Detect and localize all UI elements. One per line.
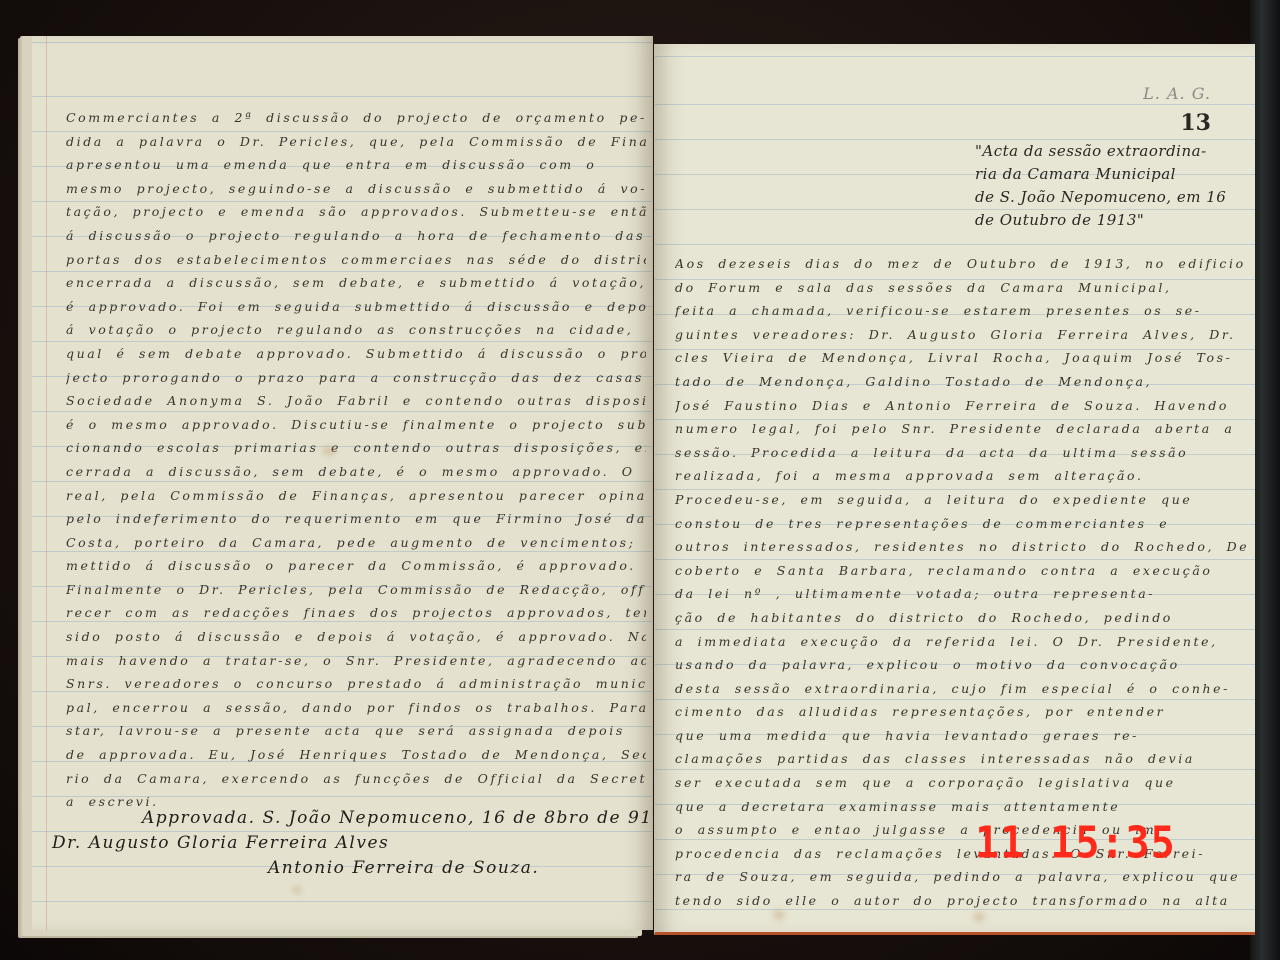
text-line: ser executada sem que a corporação legis… — [675, 771, 1247, 795]
text-line: Finalmente o Dr. Pericles, pela Commissã… — [66, 578, 646, 602]
text-line: cerrada a discussão, sem debate, é o mes… — [66, 460, 646, 484]
text-line: guintes vereadores: Dr. Augusto Gloria F… — [675, 323, 1247, 347]
text-line: usando da palavra, explicou o motivo da … — [675, 653, 1247, 677]
right-page-text: Aos dezeseis dias do mez de Outubro de 1… — [675, 252, 1247, 913]
text-line: é o mesmo approvado. Discutiu-se finalme… — [66, 413, 646, 437]
text-line: jecto prorogando o prazo para a construc… — [66, 366, 646, 390]
text-line: qual é sem debate approvado. Submettido … — [66, 342, 646, 366]
text-line: á votação o projecto regulando as constr… — [66, 318, 646, 342]
text-line: tado de Mendonça, Galdino Tostado de Men… — [675, 370, 1247, 394]
text-line: é approvado. Foi em seguida submettido á… — [66, 295, 646, 319]
text-line: sido posto á discussão e depois á votaçã… — [66, 625, 646, 649]
text-line: cimento das alludidas representações, po… — [675, 700, 1247, 724]
text-line: mesmo projecto, seguindo-se a discussão … — [66, 177, 646, 201]
text-line: tendo sido elle o autor do projecto tran… — [675, 889, 1247, 913]
text-line: mettido á discussão o parecer da Commiss… — [66, 554, 646, 578]
paper-stain — [292, 886, 302, 894]
title-line: ria da Camara Municipal — [975, 163, 1237, 186]
text-line: outros interessados, residentes no distr… — [675, 535, 1247, 559]
pencil-annotation: L. A. G. — [1143, 84, 1211, 103]
right-page: L. A. G. 13 "Acta da sessão extraordina-… — [654, 44, 1255, 935]
text-line: clamações partidas das classes interessa… — [675, 747, 1247, 771]
text-line: Costa, porteiro da Camara, pede augmento… — [66, 531, 646, 555]
text-line: realizada, foi a mesma approvada sem alt… — [675, 464, 1247, 488]
text-line: coberto e Santa Barbara, reclamando cont… — [675, 559, 1247, 583]
text-line: desta sessão extraordinaria, cujo fim es… — [675, 677, 1247, 701]
paper-stain — [773, 910, 785, 920]
text-line: Sociedade Anonyma S. João Fabril e conte… — [66, 389, 646, 413]
text-line: que uma medida que havia levantado gerae… — [675, 724, 1247, 748]
text-line: ção de habitantes do districto do Roched… — [675, 606, 1247, 630]
text-line: cles Vieira de Mendonça, Livral Rocha, J… — [675, 346, 1247, 370]
folio-number: 13 — [1180, 110, 1211, 136]
secretary-signature: Antonio Ferreira de Souza. — [268, 858, 539, 878]
text-line: apresentou uma emenda que entra em discu… — [66, 153, 646, 177]
text-line: cionando escolas primarias e contendo ou… — [66, 436, 646, 460]
camera-timestamp-overlay: 11 15:35 — [975, 818, 1176, 869]
text-line: de approvada. Eu, José Henriques Tostado… — [66, 743, 646, 767]
text-line: Commerciantes a 2ª discussão do projecto… — [66, 106, 646, 130]
title-line: "Acta da sessão extraordina- — [975, 140, 1237, 163]
president-signature: Dr. Augusto Gloria Ferreira Alves — [52, 833, 389, 853]
minutes-title: "Acta da sessão extraordina- ria da Cama… — [975, 140, 1237, 232]
text-line: Aos dezeseis dias do mez de Outubro de 1… — [675, 252, 1247, 276]
left-page: Commerciantes a 2ª discussão do projecto… — [32, 36, 653, 930]
open-ledger-book: Commerciantes a 2ª discussão do projecto… — [22, 32, 1254, 934]
text-line: recer com as redacções finaes dos projec… — [66, 601, 646, 625]
text-line: portas dos estabelecimentos commerciaes … — [66, 248, 646, 272]
left-page-text: Commerciantes a 2ª discussão do projecto… — [66, 106, 646, 814]
margin-rule — [46, 36, 47, 930]
text-line: encerrada a discussão, sem debate, e sub… — [66, 271, 646, 295]
text-line: Procedeu-se, em seguida, a leitura do ex… — [675, 488, 1247, 512]
text-line: ra de Souza, em seguida, pedindo a palav… — [675, 865, 1247, 889]
text-line: pal, encerrou a sessão, dando por findos… — [66, 696, 646, 720]
text-line: mais havendo a tratar-se, o Snr. Preside… — [66, 649, 646, 673]
text-line: pelo indeferimento do requerimento em qu… — [66, 507, 646, 531]
text-line: constou de tres representações de commer… — [675, 512, 1247, 536]
text-line: feita a chamada, verificou-se estarem pr… — [675, 299, 1247, 323]
text-line: numero legal, foi pelo Snr. Presidente d… — [675, 417, 1247, 441]
text-line: á discussão o projecto regulando a hora … — [66, 224, 646, 248]
text-line: real, pela Commissão de Finanças, aprese… — [66, 484, 646, 508]
paper-stain — [322, 446, 336, 456]
approval-line: Approvada. S. João Nepomuceno, 16 de 8br… — [142, 808, 665, 828]
text-line: da lei nº , ultimamente votada; outra re… — [675, 582, 1247, 606]
text-line: Snrs. vereadores o concurso prestado á a… — [66, 672, 646, 696]
text-line: dida a palavra o Dr. Pericles, que, pela… — [66, 130, 646, 154]
title-line: de Outubro de 1913" — [975, 209, 1237, 232]
title-line: de S. João Nepomuceno, em 16 — [975, 186, 1237, 209]
text-line: rio da Camara, exercendo as funcções de … — [66, 767, 646, 791]
paper-stain — [973, 912, 985, 922]
text-line: do Forum e sala das sessões da Camara Mu… — [675, 276, 1247, 300]
text-line: star, lavrou-se a presente acta que será… — [66, 719, 646, 743]
text-line: que a decretara examinasse mais attentam… — [675, 795, 1247, 819]
text-line: sessão. Procedida a leitura da acta da u… — [675, 441, 1247, 465]
text-line: José Faustino Dias e Antonio Ferreira de… — [675, 394, 1247, 418]
text-line: a immediata execução da referida lei. O … — [675, 630, 1247, 654]
text-line: tação, projecto e emenda são approvados.… — [66, 200, 646, 224]
